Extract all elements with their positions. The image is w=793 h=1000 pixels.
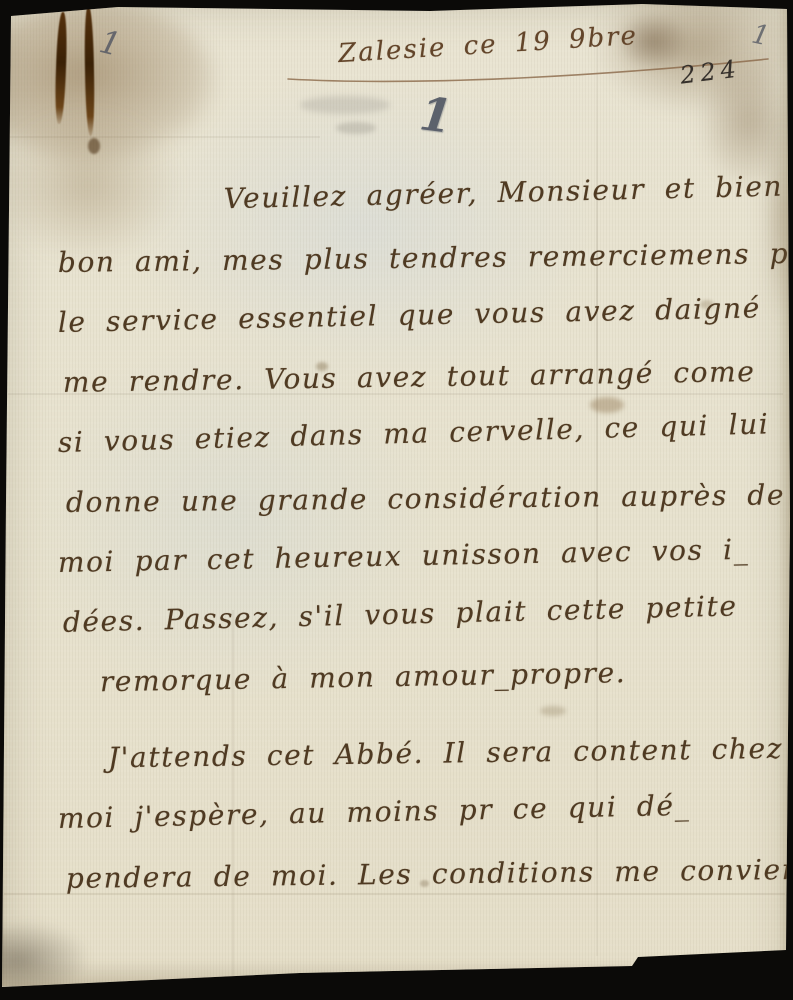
letter-line: remorque à mon amour_propre. [57,646,769,718]
dateline: Zalesie ce 19 9bre [337,21,638,69]
ink-streak-left [54,12,68,124]
folio-number: 224 [679,54,743,89]
letter-page: Zalesie ce 19 9bre 1 1 224 1 Veuillez ag… [0,0,793,1000]
letter-line: pendera de moi. Les conditions me convie… [58,845,770,914]
stain-top-right [598,0,793,112]
fold-crease-horizontal-top [0,136,320,138]
pencil-numeral-top-left: 1 [96,22,125,64]
ink-streak-drip [88,138,100,154]
graphite-smudge [300,96,390,114]
paper-edge-shadow-right [777,0,793,1000]
ink-streak-right [84,6,95,136]
scan-background: Zalesie ce 19 9bre 1 1 224 1 Veuillez ag… [0,0,793,1000]
pencil-numeral-top-right: 1 [749,19,772,53]
paper-edge-shadow-bottom [0,960,793,986]
graphite-numeral-center: 1 [417,86,455,143]
letter-body: Veuillez agréer, Monsieur et bien bon am… [58,178,769,914]
letter-line: Veuillez agréer, Monsieur et bien [57,162,769,238]
paper-speck [336,122,376,134]
